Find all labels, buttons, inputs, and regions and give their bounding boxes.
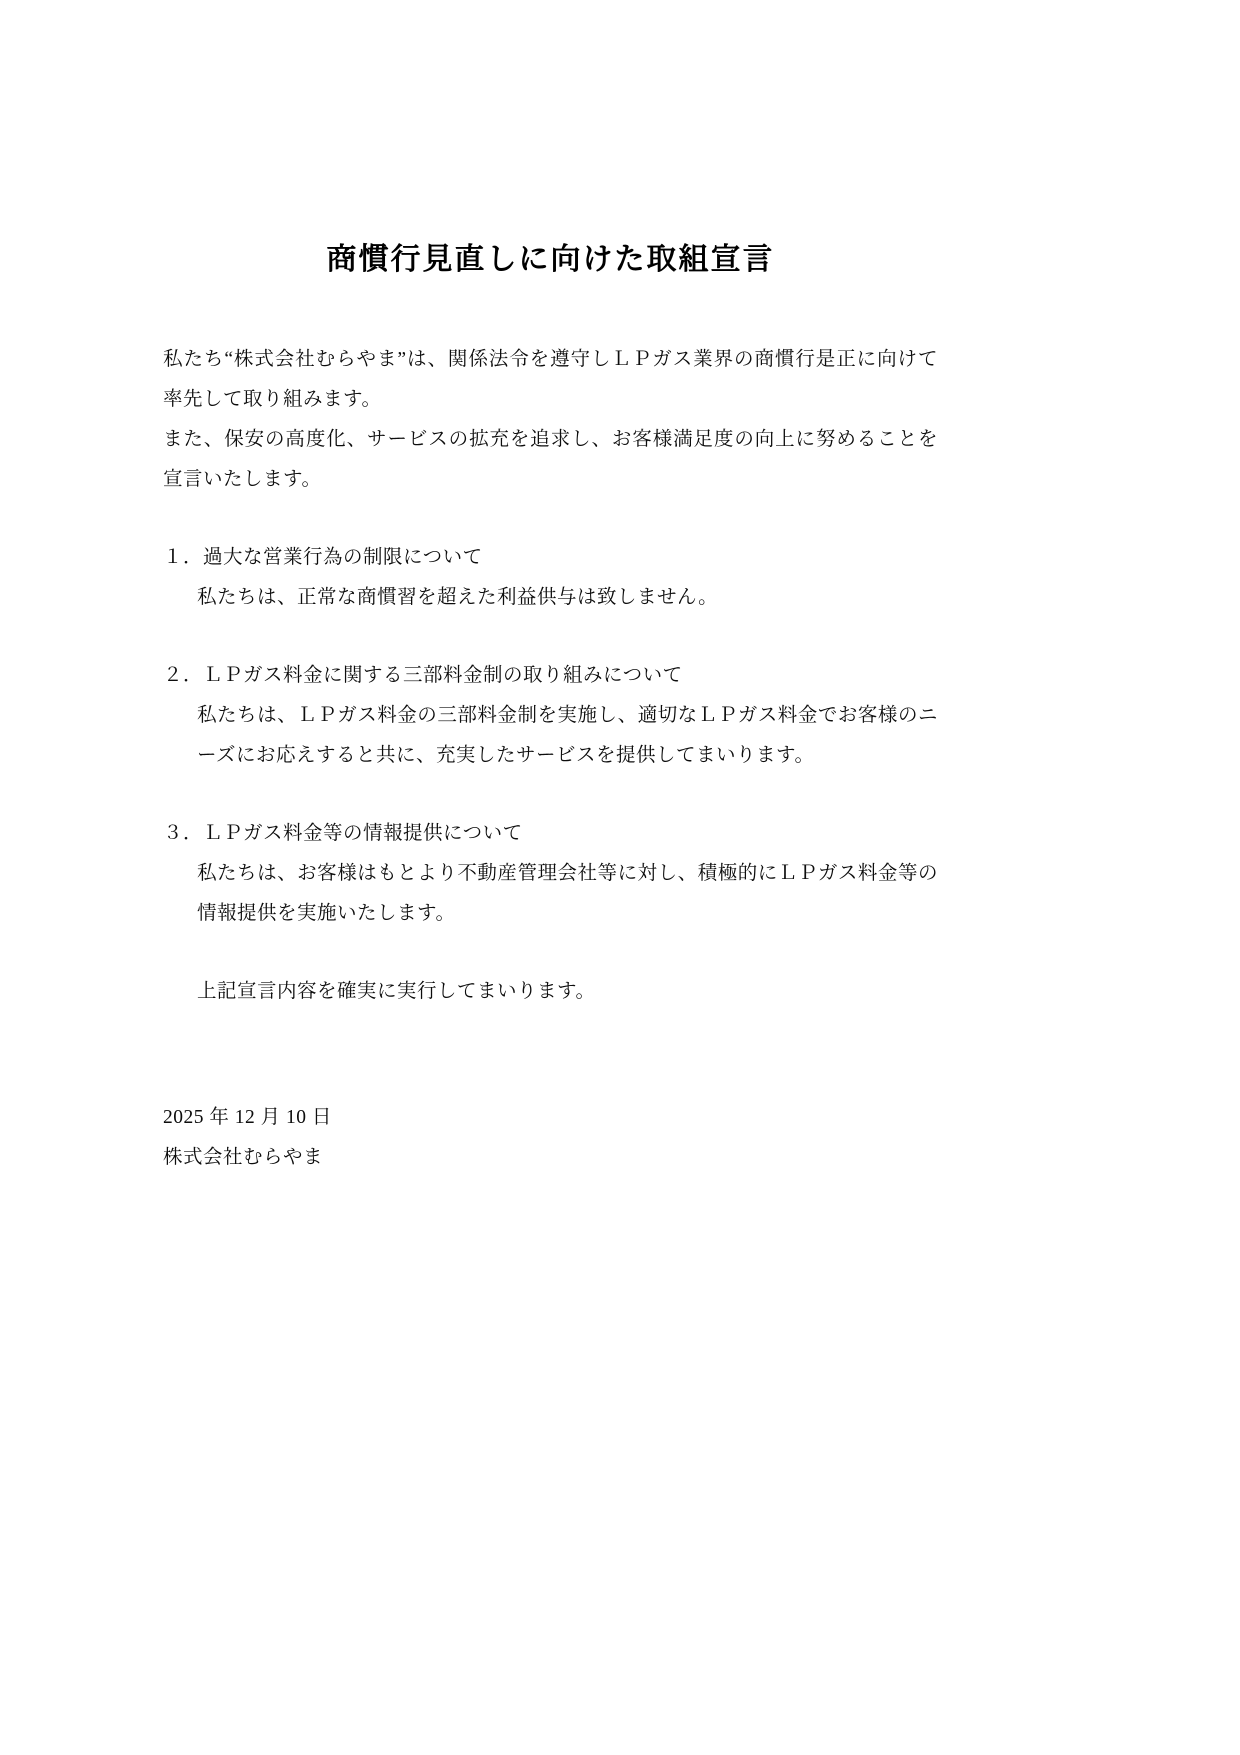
section-2: ２．ＬＰガス料金に関する三部料金制の取り組みについて 私たちは、ＬＰガス料金の三… <box>163 656 938 776</box>
document-page: 商慣行見直しに向けた取組宣言 私たち“株式会社むらやま”は、関係法令を遵守しＬＰ… <box>0 0 1240 1755</box>
intro-paragraph-2: また、保安の高度化、サービスの拡充を追求し、お客様満足度の向上に努めることを宣言… <box>163 420 938 500</box>
section-2-body: 私たちは、ＬＰガス料金の三部料金制を実施し、適切なＬＰガス料金でお客様のニーズに… <box>163 696 938 776</box>
closing-statement: 上記宣言内容を確実に実行してまいります。 <box>163 972 938 1012</box>
section-1: １．過大な営業行為の制限について 私たちは、正常な商慣習を超えた利益供与は致しま… <box>163 538 938 618</box>
document-title: 商慣行見直しに向けた取組宣言 <box>163 242 938 278</box>
section-3-heading: ３．ＬＰガス料金等の情報提供について <box>163 814 938 854</box>
company-name: 株式会社むらやま <box>163 1138 938 1178</box>
document-body: 私たち“株式会社むらやま”は、関係法令を遵守しＬＰガス業界の商慣行是正に向けて率… <box>163 340 938 1178</box>
section-2-heading: ２．ＬＰガス料金に関する三部料金制の取り組みについて <box>163 656 938 696</box>
section-3: ３．ＬＰガス料金等の情報提供について 私たちは、お客様はもとより不動産管理会社等… <box>163 814 938 934</box>
section-1-heading: １．過大な営業行為の制限について <box>163 538 938 578</box>
document-date: 2025 年 12 月 10 日 <box>163 1098 938 1138</box>
section-1-body: 私たちは、正常な商慣習を超えた利益供与は致しません。 <box>163 578 938 618</box>
signature-block: 2025 年 12 月 10 日 株式会社むらやま <box>163 1098 938 1178</box>
section-3-body: 私たちは、お客様はもとより不動産管理会社等に対し、積極的にＬＰガス料金等の情報提… <box>163 854 938 934</box>
intro-paragraph-1: 私たち“株式会社むらやま”は、関係法令を遵守しＬＰガス業界の商慣行是正に向けて率… <box>163 340 938 420</box>
intro-paragraphs: 私たち“株式会社むらやま”は、関係法令を遵守しＬＰガス業界の商慣行是正に向けて率… <box>163 340 938 500</box>
